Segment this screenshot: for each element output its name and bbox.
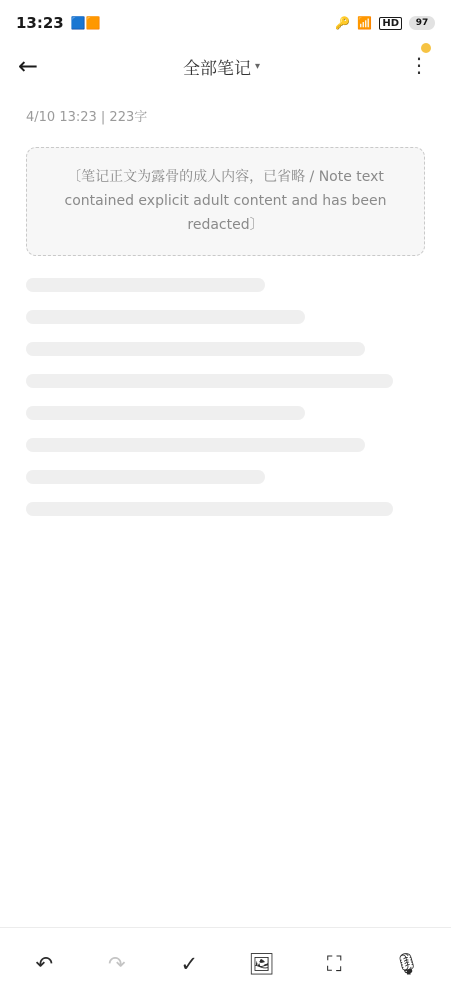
scan-button[interactable]: ⛶ [312, 942, 356, 986]
app-badge-icons: 🟦🟧 [71, 16, 101, 30]
redo-button[interactable]: ↷ [95, 942, 139, 986]
battery-percent-label: 97 [416, 18, 429, 28]
header: ← 全部笔记 ▾ ⋮ [0, 40, 451, 92]
hd-indicator: HD [379, 17, 402, 30]
editor-toolbar: ↶ ↷ ✓ 🖼 ⛶ 🎙 [0, 927, 451, 1000]
clock-label: 13:23 [16, 14, 64, 32]
redacted-text-placeholder [26, 278, 425, 516]
wifi-icon: 📶 [357, 16, 372, 30]
page-title: 全部笔记 [183, 54, 251, 79]
vpn-icon: 🔑 [335, 16, 350, 30]
chevron-down-icon: ▾ [255, 61, 260, 72]
status-bar: 13:23 🟦🟧 🔑 📶 HD 97 [0, 0, 451, 40]
redaction-notice: 〔笔记正文为露骨的成人内容，已省略 / Note text contained … [26, 147, 425, 256]
sync-status-dot [421, 43, 431, 53]
notebook-selector[interactable]: 全部笔记 ▾ [183, 54, 260, 79]
note-body[interactable]: 〔笔记正文为露骨的成人内容，已省略 / Note text contained … [0, 131, 451, 861]
overflow-menu-button[interactable]: ⋮ [409, 53, 429, 77]
undo-button[interactable]: ↶ [22, 942, 66, 986]
battery-icon: 97 [409, 16, 435, 30]
checklist-button[interactable]: ✓ [167, 942, 211, 986]
back-button[interactable]: ← [18, 54, 38, 78]
voice-input-button[interactable]: 🎙 [385, 942, 429, 986]
note-meta-line: 4/10 13:23 | 223字 [0, 92, 451, 131]
insert-image-button[interactable]: 🖼 [240, 942, 284, 986]
